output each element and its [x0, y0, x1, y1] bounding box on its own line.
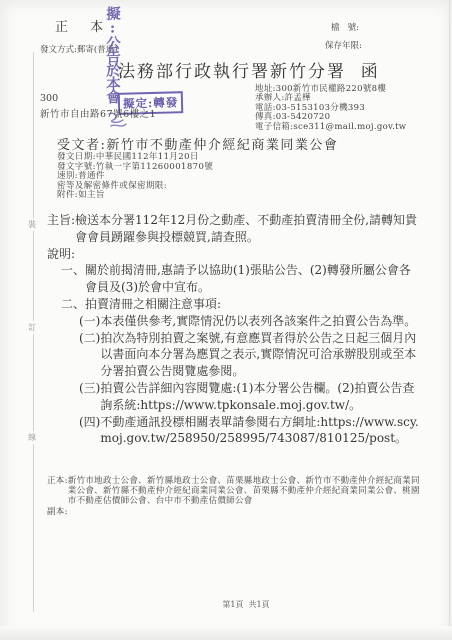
sub-item-1-text: 本表僅供參考,實際情況仍以表列各該案件之拍賣公告為準。 — [100, 313, 421, 330]
contact-email: 電子信箱:sce311@mail.moj.gov.tw — [255, 123, 406, 132]
recipient-line: 受文者:新竹市不動產仲介經紀商業同業公會 — [57, 134, 338, 153]
sub-item-3-label: (三) — [79, 380, 100, 414]
retention-period-label: 保存年限: — [325, 39, 362, 51]
item-1-label: 一、 — [61, 262, 85, 296]
subject-paragraph: 主旨: 檢送本分署112年12月份之動產、不動產拍賣清冊全份,請轉知貴會會員踴躍… — [47, 212, 421, 246]
explanation-heading: 說明: — [47, 246, 421, 263]
recipient-zip: 300 — [40, 93, 58, 104]
scanned-official-letter: 裝 訂 線 正 本 發文方式:郵寄(普通) 檔 號: 保存年限: 法務部行政執行… — [0, 0, 452, 640]
binding-mark-ding: 訂 — [28, 321, 36, 334]
original-copy-row: 正本: 新竹市地政士公會、新竹縣地政士公會、苗栗縣地政士公會、新竹市不動產仲介經… — [47, 476, 427, 507]
attachment-line: 附件:如主旨 — [57, 191, 213, 201]
item-2-label: 二、 — [61, 296, 85, 313]
subject-text: 檢送本分署112年12月份之動產、不動產拍賣清冊全份,請轉知貴會會員踴躍參與投標… — [75, 212, 421, 246]
document-meta-block: 發文日期:中華民國112年11月20日 發文字號:竹執一字第1126000187… — [57, 153, 213, 201]
binding-mark-zhuang: 裝 — [28, 218, 36, 231]
sub-item-2-text: 拍次為特別拍賣之案號,有意應買者得於公告之日起三個月內以書面向本分署為應買之表示… — [100, 330, 421, 380]
agency-letter-title: 法務部行政執行署新竹分署 函 — [118, 57, 380, 82]
original-copy-label: 正本: — [47, 476, 68, 507]
file-number-label: 檔 號: — [331, 21, 359, 33]
sub-item-1-label: (一) — [79, 313, 100, 330]
carbon-copy-label: 副本: — [47, 507, 68, 517]
sub-item-1: (一) 本表僅供參考,實際情況仍以表列各該案件之拍賣公告為準。 — [79, 313, 421, 330]
carbon-copy-row: 副本: — [47, 507, 427, 517]
scan-edge-line — [449, 0, 450, 640]
item-1-text: 關於前揭清冊,惠請予以協助(1)張貼公告、(2)轉發所屬公會各會員及(3)於會中… — [85, 262, 421, 296]
letter-body: 主旨: 檢送本分署112年12月份之動產、不動產拍賣清冊全份,請轉知貴會會員踴躍… — [47, 212, 421, 447]
original-copy-list: 新竹市地政士公會、新竹縣地政士公會、苗栗縣地政士公會、新竹市不動產仲介經紀商業同… — [68, 476, 427, 507]
distribution-block: 正本: 新竹市地政士公會、新竹縣地政士公會、苗栗縣地政士公會、新竹市不動產仲介經… — [47, 476, 427, 517]
sub-item-4-text: 不動產通訊投標相關表單請參閱右方網址:https://www.scy.moj.g… — [100, 414, 421, 448]
sub-item-2-label: (二) — [79, 330, 100, 380]
contact-info-block: 地址:300新竹市民權路220號8樓 承辦人:許孟樺 電話:03-5153103… — [255, 85, 406, 132]
sub-item-4: (四) 不動產通訊投標相關表單請參閱右方網址:https://www.scy.m… — [79, 414, 421, 448]
item-2-text: 拍賣清冊之相關注意事項: — [85, 296, 421, 313]
sub-item-4-label: (四) — [79, 414, 100, 448]
recipient-street-address: 新竹市自由路67號6樓之1 — [40, 106, 156, 120]
explanation-label: 說明: — [47, 246, 75, 263]
page-number-footer: 第1頁 共1頁 — [40, 599, 452, 610]
sub-item-3-text: 拍賣公告詳細內容閱覽處:(1)本分署公告欄。(2)拍賣公告查詢系統:https:… — [100, 380, 421, 414]
binding-mark-xian: 線 — [28, 431, 36, 444]
subject-label: 主旨: — [47, 212, 75, 246]
sub-item-2: (二) 拍次為特別拍賣之案號,有意應買者得於公告之日起三個月內以書面向本分署為應… — [79, 330, 421, 380]
sub-item-3: (三) 拍賣公告詳細內容閱覽處:(1)本分署公告欄。(2)拍賣公告查詢系統:ht… — [79, 380, 421, 414]
explanation-item-2: 二、 拍賣清冊之相關注意事項: — [61, 296, 421, 313]
explanation-item-1: 一、 關於前揭清冊,惠請予以協助(1)張貼公告、(2)轉發所屬公會各會員及(3)… — [61, 262, 421, 296]
scan-bottom-shadow — [0, 626, 452, 640]
